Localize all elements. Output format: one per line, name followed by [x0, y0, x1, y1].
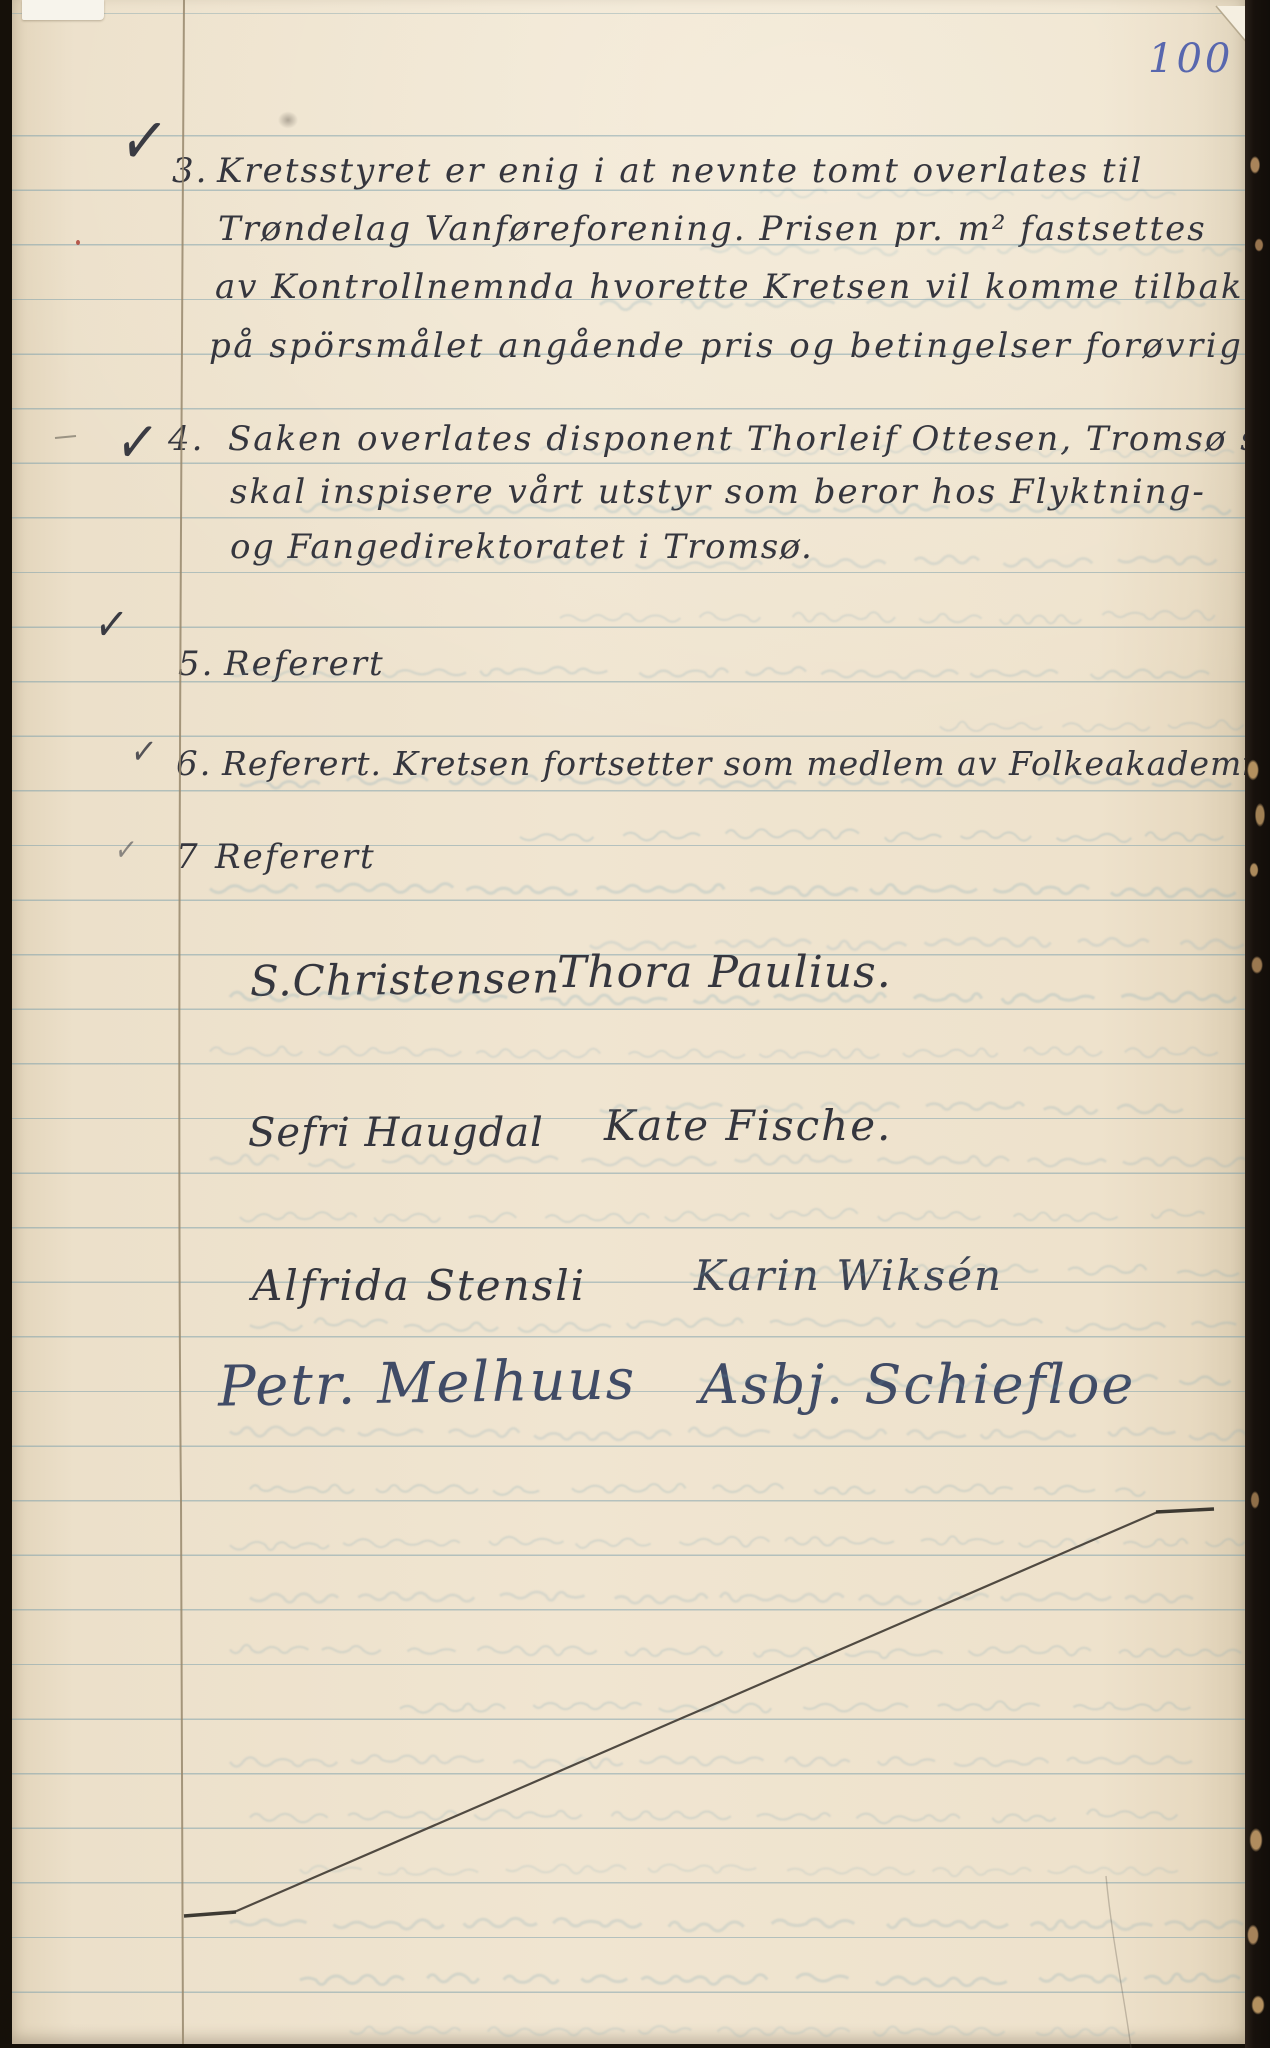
- handwritten-line: Referert: [215, 838, 376, 877]
- handwritten-line: Trøndelag Vanføreforening. Prisen pr. m²…: [218, 210, 1207, 249]
- item-number: 4.: [168, 420, 204, 459]
- handwritten-line: av Kontrollnemnda hvorette Kretsen vil k…: [215, 268, 1266, 307]
- item-number: 6.: [176, 745, 212, 784]
- item-number: 5.: [178, 645, 214, 684]
- top-rule-line: [12, 13, 1246, 14]
- handwritten-line: Kretsstyret er enig i at nevnte tomt ove…: [217, 152, 1143, 191]
- handwritten-line: skal inspisere vårt utstyr som beror hos…: [230, 473, 1206, 512]
- signature: S.Christensen: [250, 954, 561, 1006]
- signature: Asbj. Schiefloe: [700, 1354, 1135, 1416]
- signature: Thora Paulius.: [557, 948, 892, 999]
- page-number: 100: [1148, 36, 1233, 82]
- signature: Karin Wiksén: [694, 1252, 1003, 1300]
- signature: Petr. Melhuus: [217, 1348, 636, 1420]
- handwritten-line: Saken overlates disponent Thorleif Ottes…: [228, 420, 1270, 459]
- signature: Kate Fische.: [604, 1102, 892, 1150]
- handwritten-line: på spörsmålet angående pris og betingels…: [209, 327, 1257, 366]
- handwritten-line: Referert: [224, 645, 385, 684]
- item-number: 7: [176, 838, 200, 877]
- scan-artifact-top-left: [22, 0, 104, 20]
- signature: Sefri Haugdal: [248, 1110, 544, 1156]
- handwritten-line: Referert. Kretsen fortsetter som medlem …: [222, 745, 1270, 783]
- item-number: 3.: [172, 152, 208, 191]
- ink-smudge: [274, 108, 302, 132]
- handwritten-line: og Fangedirektoratet i Tromsø.: [230, 528, 813, 567]
- notebook-page: 100 ✓ 3. Kretsstyret er enig i at nevnte…: [12, 0, 1246, 2044]
- signature: Alfrida Stensli: [252, 1262, 586, 1310]
- book-binding-edge: [1245, 0, 1270, 2048]
- red-speck: [76, 240, 80, 245]
